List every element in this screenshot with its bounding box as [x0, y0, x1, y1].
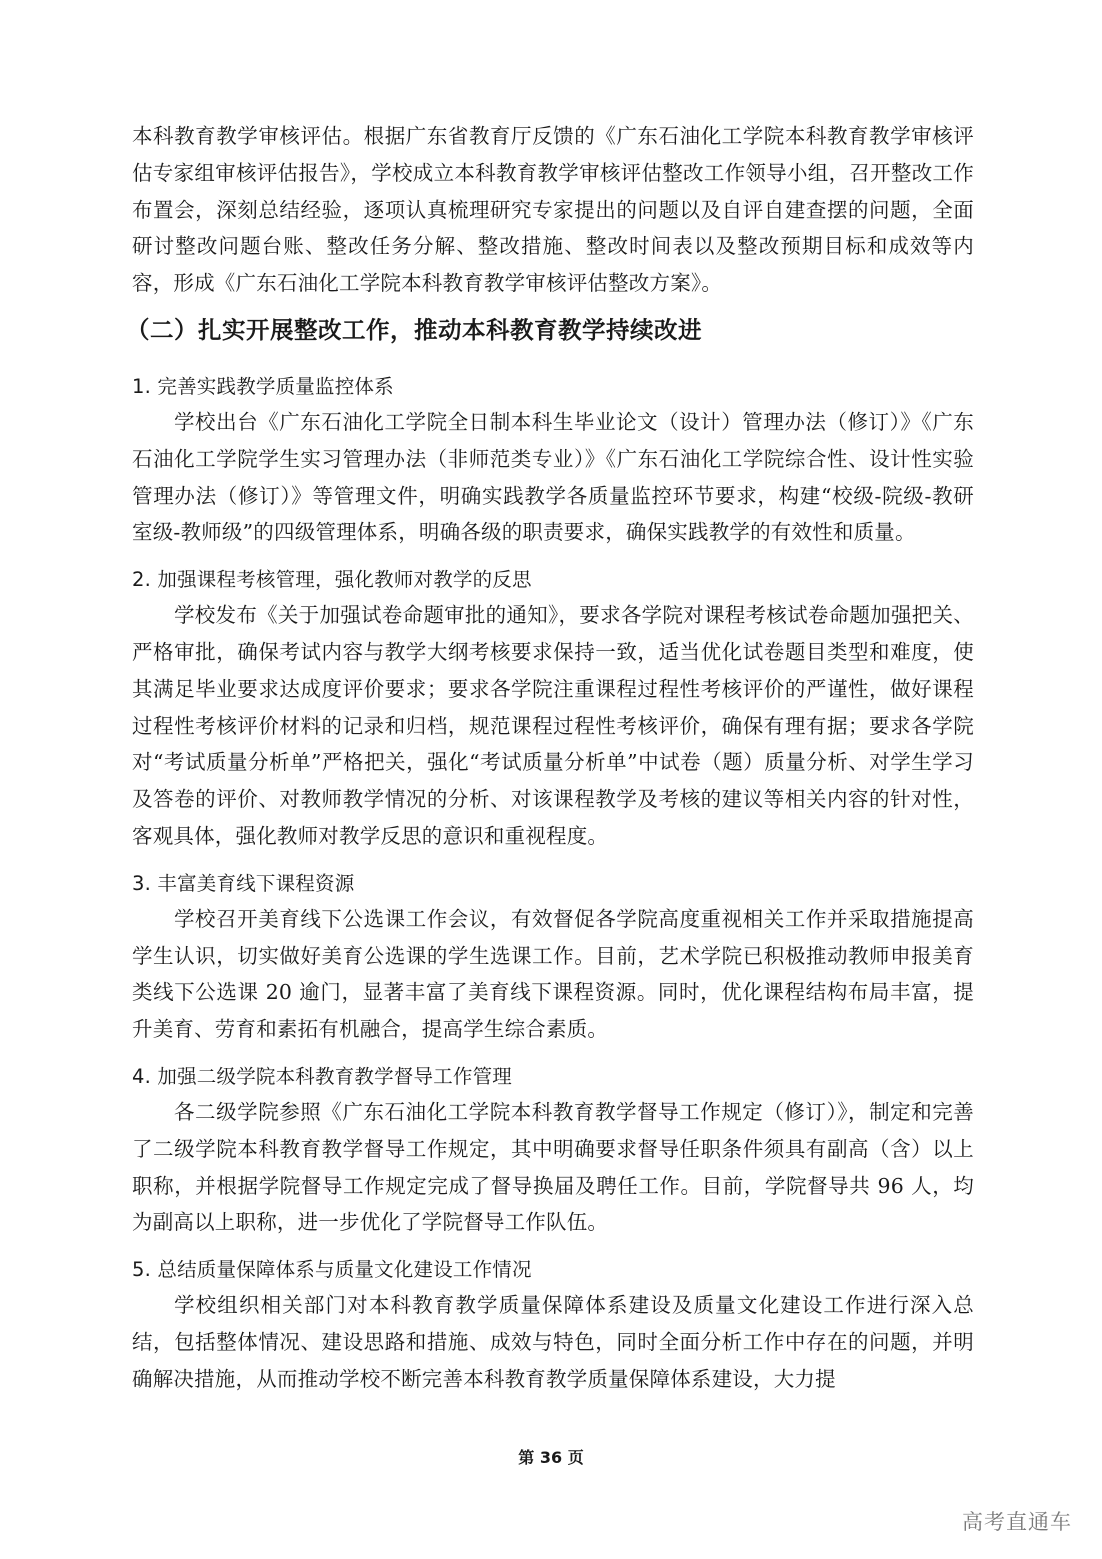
subsection-body: 学校组织相关部门对本科教育教学质量保障体系建设及质量文化建设工作进行深入总结，包… [132, 1287, 974, 1397]
subsection-4: 4. 加强二级学院本科教育教学督导工作管理 各二级学院参照《广东石油化工学院本科… [132, 1060, 974, 1241]
page-number: 第 36 页 [0, 1445, 1102, 1468]
watermark: 高考直通车 [962, 1506, 1072, 1536]
subsection-title: 1. 完善实践教学质量监控体系 [132, 370, 974, 404]
subsection-title: 2. 加强课程考核管理，强化教师对教学的反思 [132, 563, 974, 597]
subsection-3: 3. 丰富美育线下课程资源 学校召开美育线下公选课工作会议，有效督促各学院高度重… [132, 867, 974, 1048]
subsection-body: 学校出台《广东石油化工学院全日制本科生毕业论文（设计）管理办法（修订）》《广东石… [132, 404, 974, 551]
subsection-body: 各二级学院参照《广东石油化工学院本科教育教学督导工作规定（修订）》，制定和完善了… [132, 1094, 974, 1241]
subsection-5: 5. 总结质量保障体系与质量文化建设工作情况 学校组织相关部门对本科教育教学质量… [132, 1253, 974, 1397]
subsection-body: 学校发布《关于加强试卷命题审批的通知》，要求各学院对课程考核试卷命题加强把关、严… [132, 597, 974, 855]
subsection-title: 5. 总结质量保障体系与质量文化建设工作情况 [132, 1253, 974, 1287]
subsection-title: 4. 加强二级学院本科教育教学督导工作管理 [132, 1060, 974, 1094]
document-page: 本科教育教学审核评估。根据广东省教育厅反馈的《广东石油化工学院本科教育教学审核评… [132, 118, 974, 1398]
intro-paragraph: 本科教育教学审核评估。根据广东省教育厅反馈的《广东石油化工学院本科教育教学审核评… [132, 118, 974, 302]
subsection-title: 3. 丰富美育线下课程资源 [132, 867, 974, 901]
section-heading: （二）扎实开展整改工作，推动本科教育教学持续改进 [126, 312, 974, 348]
subsection-body: 学校召开美育线下公选课工作会议，有效督促各学院高度重视相关工作并采取措施提高学生… [132, 901, 974, 1048]
subsection-2: 2. 加强课程考核管理，强化教师对教学的反思 学校发布《关于加强试卷命题审批的通… [132, 563, 974, 855]
subsection-1: 1. 完善实践教学质量监控体系 学校出台《广东石油化工学院全日制本科生毕业论文（… [132, 370, 974, 551]
